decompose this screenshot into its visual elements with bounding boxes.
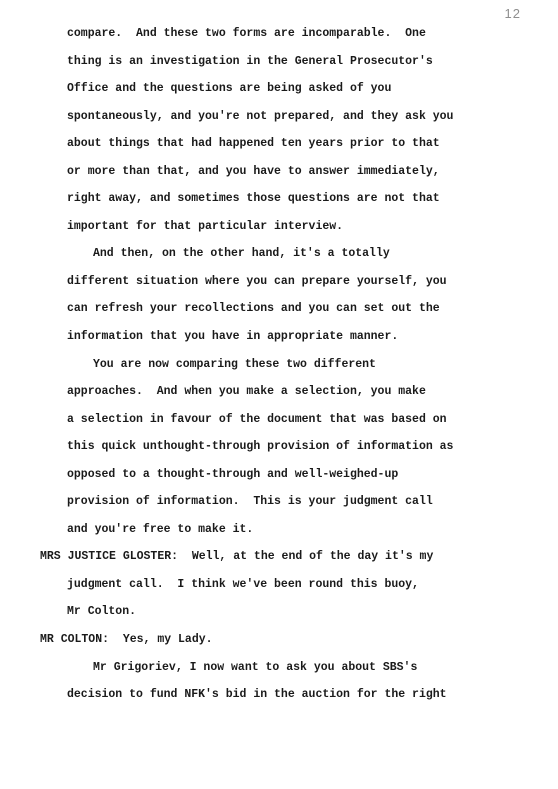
transcript-line: can refresh your recollections and you c… xyxy=(0,295,558,323)
transcript-line: Office and the questions are being asked… xyxy=(0,75,558,103)
transcript-line: Mr Grigoriev, I now want to ask you abou… xyxy=(0,654,558,682)
transcript-line: You are now comparing these two differen… xyxy=(0,351,558,379)
transcript-line: right away, and sometimes those question… xyxy=(0,185,558,213)
transcript-line: important for that particular interview. xyxy=(0,213,558,241)
line-text: MR COLTON: Yes, my Lady. xyxy=(40,633,213,646)
transcript-line: thing is an investigation in the General… xyxy=(0,48,558,76)
line-text: this quick unthought-through provision o… xyxy=(67,440,453,453)
line-text: compare. And these two forms are incompa… xyxy=(67,27,426,40)
line-text: provision of information. This is your j… xyxy=(67,495,433,508)
line-text: Office and the questions are being asked… xyxy=(67,82,391,95)
transcript-line: approaches. And when you make a selectio… xyxy=(0,378,558,406)
transcript-line: or more than that, and you have to answe… xyxy=(0,158,558,186)
transcript-line: a selection in favour of the document th… xyxy=(0,406,558,434)
line-text: about things that had happened ten years… xyxy=(67,137,440,150)
line-text: thing is an investigation in the General… xyxy=(67,55,433,68)
line-text: or more than that, and you have to answe… xyxy=(67,165,440,178)
transcript-line: provision of information. This is your j… xyxy=(0,488,558,516)
line-text: decision to fund NFK's bid in the auctio… xyxy=(67,688,447,701)
transcript-line: MR COLTON: Yes, my Lady. xyxy=(0,626,558,654)
transcript-line: this quick unthought-through provision o… xyxy=(0,433,558,461)
transcript-line: MRS JUSTICE GLOSTER: Well, at the end of… xyxy=(0,543,558,571)
line-text: spontaneously, and you're not prepared, … xyxy=(67,110,453,123)
line-text: Mr Grigoriev, I now want to ask you abou… xyxy=(93,661,417,674)
transcript-line: and you're free to make it. xyxy=(0,516,558,544)
page-number: 12 xyxy=(505,6,521,21)
line-text: And then, on the other hand, it's a tota… xyxy=(93,247,390,260)
line-text: and you're free to make it. xyxy=(67,523,253,536)
transcript-line: And then, on the other hand, it's a tota… xyxy=(0,240,558,268)
line-text: MRS JUSTICE GLOSTER: Well, at the end of… xyxy=(40,550,433,563)
transcript-line: different situation where you can prepar… xyxy=(0,268,558,296)
line-text: different situation where you can prepar… xyxy=(67,275,447,288)
line-text: You are now comparing these two differen… xyxy=(93,358,376,371)
line-text: information that you have in appropriate… xyxy=(67,330,398,343)
line-text: important for that particular interview. xyxy=(67,220,343,233)
line-text: approaches. And when you make a selectio… xyxy=(67,385,426,398)
transcript-body: compare. And these two forms are incompa… xyxy=(0,20,558,709)
transcript-page: 12 compare. And these two forms are inco… xyxy=(0,0,558,789)
transcript-line: judgment call. I think we've been round … xyxy=(0,571,558,599)
transcript-line: spontaneously, and you're not prepared, … xyxy=(0,103,558,131)
line-text: a selection in favour of the document th… xyxy=(67,413,447,426)
line-text: opposed to a thought-through and well-we… xyxy=(67,468,398,481)
line-text: judgment call. I think we've been round … xyxy=(67,578,419,591)
line-text: right away, and sometimes those question… xyxy=(67,192,440,205)
transcript-line: opposed to a thought-through and well-we… xyxy=(0,461,558,489)
transcript-line: Mr Colton. xyxy=(0,598,558,626)
transcript-line: decision to fund NFK's bid in the auctio… xyxy=(0,681,558,709)
line-text: can refresh your recollections and you c… xyxy=(67,302,440,315)
transcript-line: compare. And these two forms are incompa… xyxy=(0,20,558,48)
line-text: Mr Colton. xyxy=(67,605,136,618)
transcript-line: about things that had happened ten years… xyxy=(0,130,558,158)
transcript-line: information that you have in appropriate… xyxy=(0,323,558,351)
